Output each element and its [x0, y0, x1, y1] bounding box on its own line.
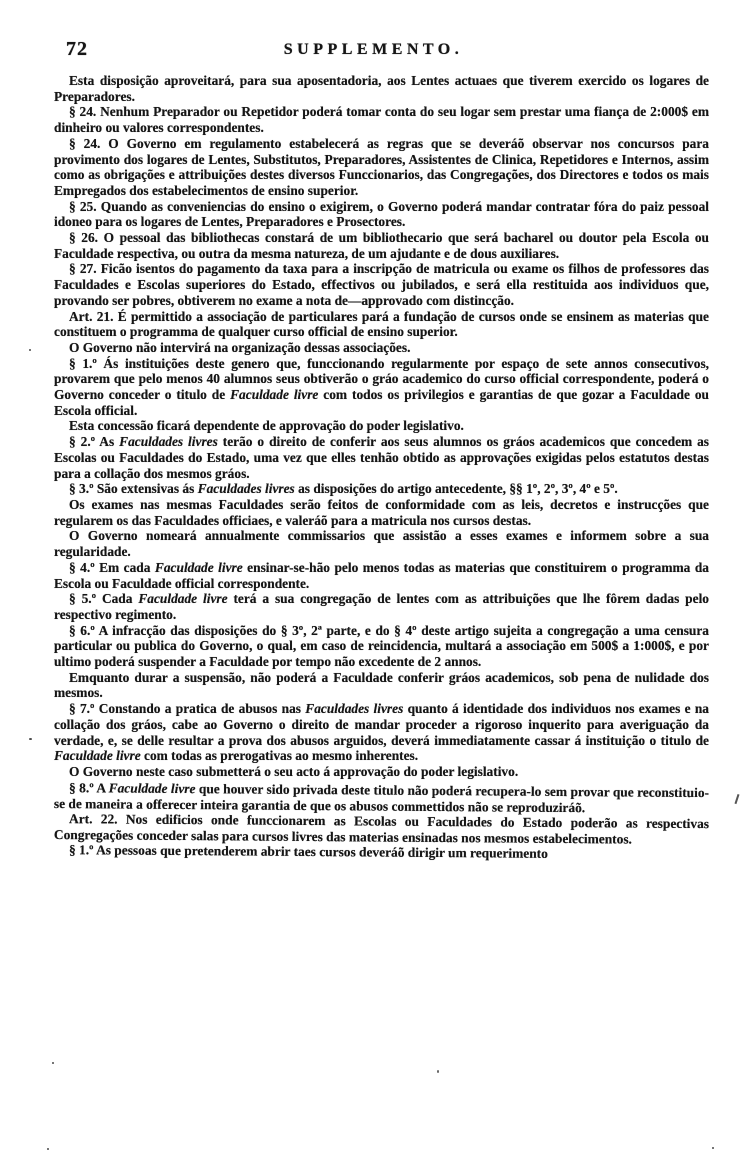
- text-segment: O Governo não intervirá na organização d…: [69, 340, 410, 355]
- text-segment: § 6.º A infracção das disposições do § 3…: [54, 623, 709, 669]
- paragraph: Emquanto durar a suspensão, não poderá a…: [54, 670, 709, 701]
- text-segment: Os exames nas mesmas Faculdades serão fe…: [54, 497, 709, 528]
- text-segment: Faculdade livre: [138, 591, 227, 606]
- text-segment: Faculdades livres: [198, 481, 295, 496]
- text-segment: § 7.º Constando a pratica de abusos nas: [69, 701, 305, 716]
- scan-slash-artifact: [734, 794, 739, 804]
- paragraph: § 1.º Ás instituições deste genero que, …: [54, 356, 709, 419]
- scan-speck: [712, 1147, 714, 1149]
- paragraph: § 24. O Governo em regulamento estabelec…: [54, 136, 709, 199]
- text-segment: § 24. O Governo em regulamento estabelec…: [54, 136, 709, 198]
- text-segment: Faculdades livres: [305, 701, 403, 716]
- text-segment: § 3.º São extensivas ás: [69, 481, 198, 496]
- scan-speck: [52, 1062, 54, 1064]
- paragraph: § 5.º Cada Faculdade livre terá a sua co…: [54, 591, 709, 622]
- paragraph: § 8.º A Faculdade livre que houver sido …: [54, 780, 709, 817]
- paragraph: Art. 21. É permittido a associação de pa…: [54, 309, 709, 340]
- paragraph: § 4.º Em cada Faculdade livre ensinar-se…: [54, 560, 709, 591]
- paragraph: § 6.º A infracção das disposições do § 3…: [54, 623, 709, 670]
- page-title: SUPPLEMENTO.: [0, 41, 747, 59]
- text-segment: § 25. Quando as conveniencias do ensino …: [54, 199, 709, 230]
- text-segment: Esta concessão ficará dependente de appr…: [69, 418, 464, 433]
- text-segment: Faculdade livre: [155, 560, 243, 575]
- text-segment: Faculdade livre: [230, 387, 318, 402]
- scan-speck: [29, 738, 32, 740]
- scanned-document-page: 72 SUPPLEMENTO. Esta disposição aproveit…: [0, 0, 747, 1153]
- paragraph: § 27. Ficão isentos do pagamento da taxa…: [54, 261, 709, 308]
- document-body: Esta disposição aproveitará, para sua ap…: [54, 73, 709, 858]
- text-segment: § 1.º As pessoas que pretenderem abrir t…: [69, 843, 548, 862]
- text-segment: § 4.º Em cada: [69, 560, 155, 575]
- text-segment: § 2.º As: [69, 434, 119, 449]
- paragraph: O Governo neste caso submetterá o seu ac…: [54, 764, 709, 780]
- text-segment: Esta disposição aproveitará, para sua ap…: [54, 73, 709, 104]
- text-segment: Faculdade livre: [109, 780, 196, 796]
- text-segment: as disposições do artigo antecedente, §§…: [295, 481, 618, 496]
- paragraph: § 26. O pessoal das bibliothecas constar…: [54, 230, 709, 261]
- text-segment: Art. 21. É permittido a associação de pa…: [54, 309, 709, 340]
- paragraph: § 7.º Constando a pratica de abusos nas …: [54, 701, 709, 764]
- paragraph: O Governo nomeará annualmente commissari…: [54, 528, 709, 559]
- scan-speck: [437, 1070, 439, 1073]
- text-segment: § 5.º Cada: [69, 591, 138, 606]
- text-segment: Emquanto durar a suspensão, não poderá a…: [54, 670, 709, 701]
- text-segment: § 8.º A: [69, 780, 109, 795]
- scan-speck: [47, 1148, 49, 1150]
- text-segment: § 27. Ficão isentos do pagamento da taxa…: [54, 261, 709, 307]
- paragraph: § 1.º As pessoas que pretenderem abrir t…: [54, 842, 709, 863]
- scan-speck: [29, 349, 31, 351]
- text-segment: § 24. Nenhum Preparador ou Repetidor pod…: [54, 104, 709, 135]
- text-segment: O Governo nomeará annualmente commissari…: [54, 528, 709, 559]
- paragraph: O Governo não intervirá na organização d…: [54, 340, 709, 356]
- text-segment: § 26. O pessoal das bibliothecas constar…: [54, 230, 709, 261]
- paragraph: § 3.º São extensivas ás Faculdades livre…: [54, 481, 709, 497]
- paragraph: § 25. Quando as conveniencias do ensino …: [54, 199, 709, 230]
- text-segment: Art. 22. Nos edificios onde funccionarem…: [54, 811, 709, 846]
- text-segment: Faculdades livres: [119, 434, 218, 449]
- page-header: 72 SUPPLEMENTO.: [0, 38, 747, 64]
- paragraph: Esta disposição aproveitará, para sua ap…: [54, 73, 709, 104]
- text-segment: com todas as prerogativas ao mesmo inher…: [141, 748, 418, 763]
- paragraph: § 2.º As Faculdades livres terão o direi…: [54, 434, 709, 481]
- text-segment: O Governo neste caso submetterá o seu ac…: [69, 764, 518, 779]
- text-segment: Faculdade livre: [54, 748, 141, 763]
- paragraph: Esta concessão ficará dependente de appr…: [54, 418, 709, 434]
- paragraph: § 24. Nenhum Preparador ou Repetidor pod…: [54, 104, 709, 135]
- paragraph: Os exames nas mesmas Faculdades serão fe…: [54, 497, 709, 528]
